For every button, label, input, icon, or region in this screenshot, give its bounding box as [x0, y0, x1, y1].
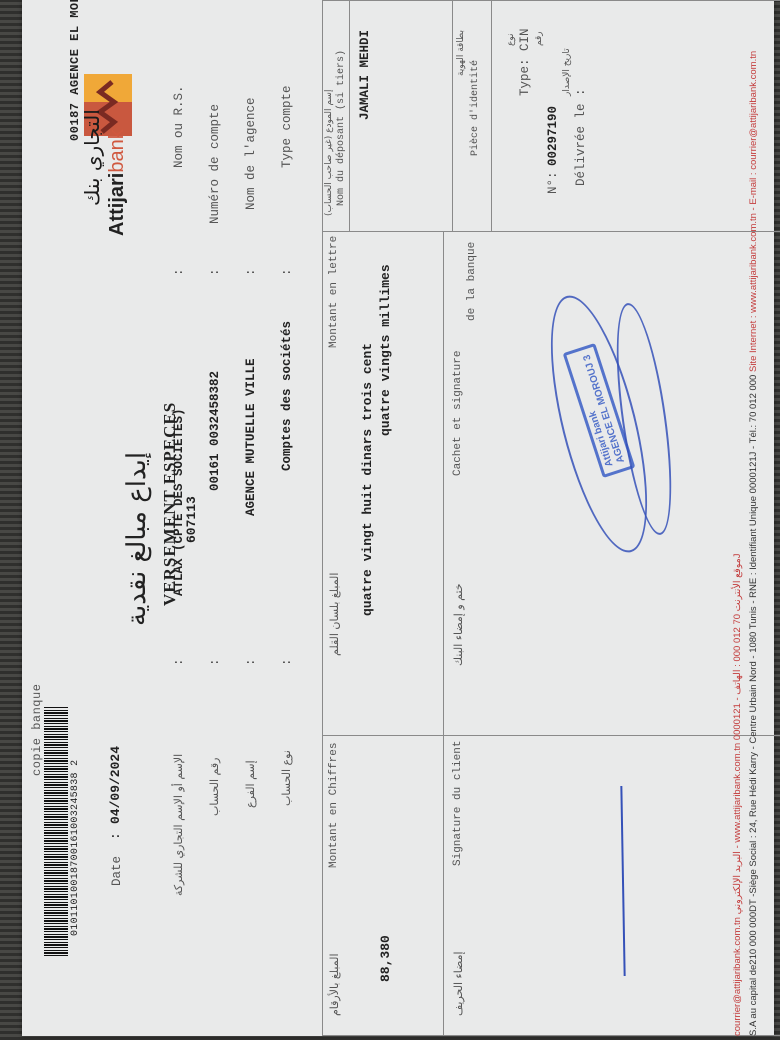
barcode	[44, 706, 68, 956]
field-value-account: 00161 0032458382	[208, 371, 222, 491]
barcode-digits: 01011010018700161003245838 2	[70, 760, 81, 936]
field-label-account: Numéro de compte	[208, 104, 222, 224]
depositor-label-ar: إسم المودع (غير صاحب الحساب)	[324, 90, 334, 216]
field-label-ar-account: رقم الحساب	[208, 758, 221, 816]
depositor-label: Nom du déposant (si tiers)	[336, 50, 347, 206]
date-value: 04/09/2024	[108, 746, 123, 824]
date-colon: :	[108, 832, 123, 840]
colon: :	[280, 268, 294, 276]
field-label-name: Nom ou R.S.	[172, 85, 186, 168]
deposit-slip: copie banque 00187 AGENCE EL MOROUJ3 الت…	[22, 0, 774, 1036]
amount-digits-label-ar: المبلغ بالأرقام	[328, 954, 341, 1017]
id-date-ar: تاريخ الإصدار	[562, 48, 572, 96]
field-label-ar-type: نوع الحساب	[280, 750, 293, 806]
copy-label: copie banque	[30, 684, 44, 776]
field-label-agency: Nom de l'agence	[244, 97, 258, 210]
client-sig-label: Signature du client	[452, 741, 464, 866]
colon: :	[172, 268, 186, 276]
colon: :	[208, 658, 222, 666]
bank-sig-label-1: Cachet et signature	[452, 351, 464, 476]
amount-words-label-ar: المبلغ بلسان القلم	[328, 573, 341, 656]
amount-words-line2: quatre vingts millimes	[378, 264, 393, 436]
bank-sig-label-ar: ختم و إمضاء البنك	[452, 583, 465, 666]
id-type-ar: نوع	[506, 33, 516, 46]
bank-name-latin: Attijaribank	[106, 129, 129, 236]
bank-sig-label-2: de la banque	[466, 242, 478, 321]
footer-line-1: S.A au capital de210 000 000DT -Siège So…	[748, 51, 759, 1036]
id-num-label: N°:	[546, 171, 560, 194]
slip-number: 607113	[184, 496, 199, 543]
field-value-name: ATLAX (CPTE DES SOCIETES)	[172, 408, 186, 596]
footer-line-2: courrier@attijaribank.com.tn البريد الإل…	[732, 554, 743, 1036]
colon: :	[172, 658, 186, 666]
field-label-ar-name: الإسم أو الإسم التجاري للشركة	[172, 754, 185, 896]
amount-words-line1: quatre vingt huit dinars trois cent	[360, 343, 375, 616]
colon: :	[208, 268, 222, 276]
amount-digits-value: 88,380	[378, 935, 393, 982]
id-num-ar: رقم	[534, 31, 544, 46]
id-date-label: Délivrée le :	[574, 88, 588, 186]
title-ar: إيداع مبالغ نقدية	[122, 452, 152, 626]
field-label-ar-agency: إسم الفرع	[244, 760, 257, 808]
amount-digits-label: Montant en Chiffres	[328, 743, 340, 868]
colon: :	[244, 268, 258, 276]
colon: :	[244, 658, 258, 666]
id-type: Type: CIN	[518, 28, 532, 96]
client-signature-cell	[443, 735, 780, 1036]
colon: :	[280, 658, 294, 666]
field-value-agency: AGENCE MUTUELLE VILLE	[244, 358, 258, 516]
bank-name-ar: التجاري بنك	[80, 109, 104, 206]
depositor-value: JAMALI MEHDI	[358, 30, 372, 120]
field-label-type: Type compte	[280, 85, 294, 168]
id-label: Pièce d'identité	[470, 60, 481, 156]
id-label-ar: بطاقة الهوية	[456, 30, 466, 76]
id-num-value: 00297190	[546, 106, 560, 166]
field-value-type: Comptes des sociétés	[280, 321, 294, 471]
date-label: Date	[110, 856, 124, 886]
client-sig-label-ar: إمضاء الحريف	[452, 951, 465, 1016]
amount-words-label: Montant en lettre	[328, 236, 340, 348]
